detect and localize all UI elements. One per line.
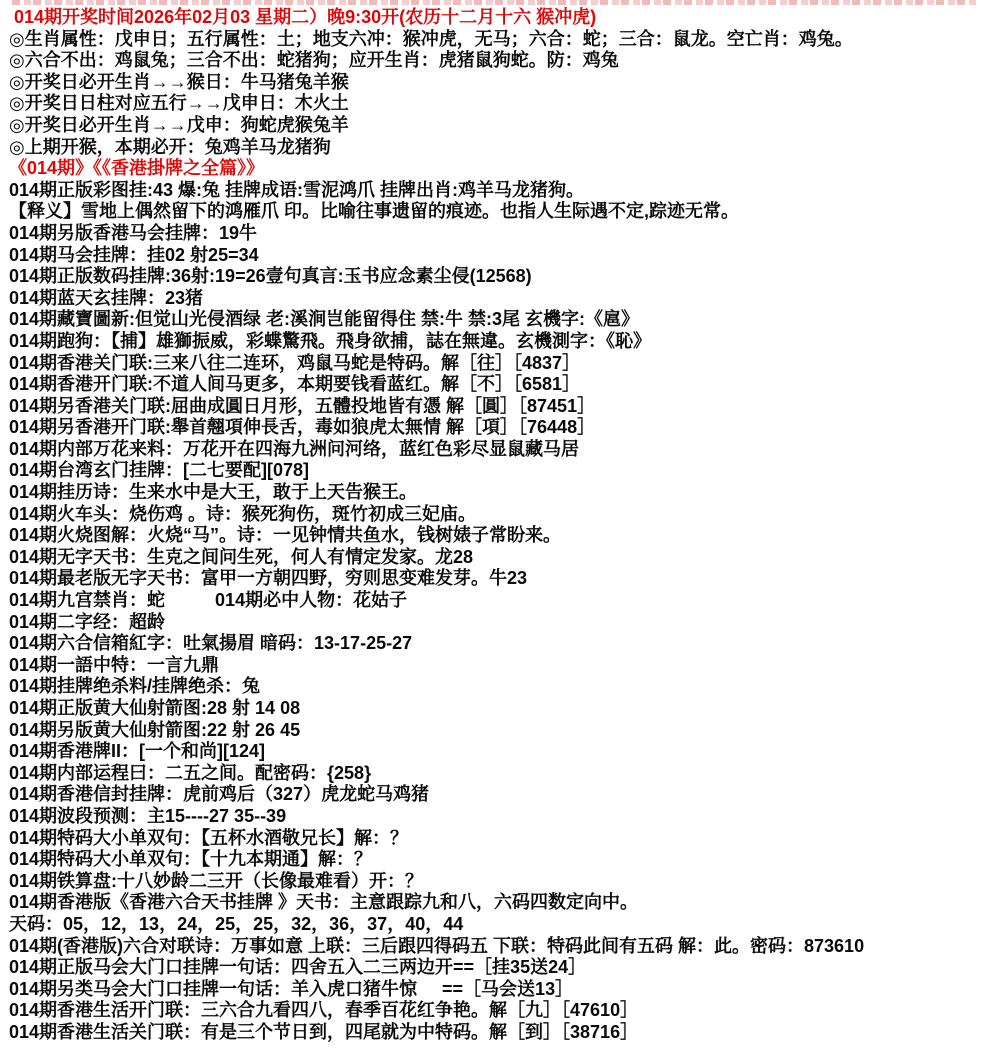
lantianxuan-guapai-line: 014期蓝天玄挂牌：23猪 [9,288,994,310]
ling-kaimenlian-line: 014期另香港开门联:舉首翹項伸長舌，毒如狼虎太無情 解［項］［76448］ [9,417,994,439]
linglei-damenkou-line: 014期另类马会大门口挂牌一句话：羊入虎口猪牛惊 ==［马会送13］ [9,979,994,1001]
huoshao-tujie-line: 014期火烧图解：火烧“马”。诗：一见钟情共鱼水，钱树婊子常盼来。 [9,525,994,547]
jiugong-jinxiao-line: 014期九宫禁肖：蛇 014期必中人物：花姑子 [9,590,994,612]
zhengban-shejiantu-line: 014期正版黄大仙射箭图:28 射 14 08 [9,698,994,720]
ling-guanmenlian-line: 014期另香港关门联:屈曲成圓日月形，五體投地皆有憑 解［圓］［87451］ [9,396,994,418]
kaimenlian-line: 014期香港开门联:不道人间马更多，本期要钱看蓝红。解［不］［6581］ [9,374,994,396]
taiwan-xuanmen-line: 014期台湾玄门挂牌：[二七要配][078] [9,460,994,482]
lingban-shejiantu-line: 014期另版黄大仙射箭图:22 射 26 45 [9,720,994,742]
guapai-section-title: 《014期》《《香港掛牌之全篇》》 [9,158,994,180]
duilianshi-line: 014期(香港版)六合对联诗：万事如意 上联：三后跟四得码五 下联：特码此间有五… [9,936,994,958]
shenghuo-kaimenlian-line: 014期香港生活开门联：三六合九看四八，春季百花红争艳。解［九］［47610］ [9,1000,994,1022]
mahui-guapai-line: 014期马会挂牌：挂02 射25=34 [9,245,994,267]
tema-daxiao-line-2: 014期特码大小单双句：【十九本期通】解：？ [9,849,994,871]
xinfeng-guapai-line: 014期香港信封挂牌：虎前鸡后（327）虎龙蛇马鸡猪 [9,784,994,806]
zhengban-damenkou-line: 014期正版马会大门口挂牌一句话：四舍五入二三两边开==［挂35送24］ [9,957,994,979]
neibu-yuncheng-line: 014期内部运程曰：二五之间。配密码：{258} [9,763,994,785]
yiyuzhongte-line: 014期一語中特：一言九鼎 [9,655,994,677]
must-open-zodiac-line-1: ◎开奖日必开生肖→→猴日：牛马猪兔羊猴 [9,72,994,94]
paogou-line: 014期跑狗：【捕】雄獅振威，彩蝶驚飛。飛身欲捕，誌在無違。玄機測字：《恥》 [9,331,994,353]
tianshu-guapai-line: 014期香港版《香港六合天书挂牌 》天书：主意跟踪九和八，六码四数定向中。 [9,892,994,914]
xinxiang-hongzi-line: 014期六合信箱紅字：吐氣揚眉 暗码：13-17-25-27 [9,633,994,655]
shenghuo-guanmenlian-line: 014期香港生活关门联：有是三个节日到，四尾就为中特码。解［到］［38716］ [9,1022,994,1044]
last-period-line: ◎上期开猴，本期必开：兔鸡羊马龙猪狗 [9,137,994,159]
tianma-numbers-line: 天码：05，12，13，24，25，25，32，36，37，40，44 [9,914,994,936]
content-lines: 014期开奖时间2026年02月03 星期二）晚9:30开(农历十二月十六 猴冲… [0,5,1000,1044]
liuhe-exclude-line: ◎六合不出：鸡鼠兔；三合不出：蛇猪狗；应开生肖：虎猪鼠狗蛇。防：鸡兔 [9,50,994,72]
wuzi-tianshu-line: 014期无字天书：生克之间问生死，何人有情定发家。龙28 [9,547,994,569]
cangbaotu-line: 014期藏寶圖新:但觉山光侵酒绿 老:溪涧岂能留得住 禁:牛 禁:3尾 玄機字:… [9,309,994,331]
draw-time-title: 014期开奖时间2026年02月03 星期二）晚9:30开(农历十二月十六 猴冲… [9,7,994,29]
shiyi-line: 【释义】雪地上偶然留下的鸿雁爪 印。比喻往事遗留的痕迹。也指人生际遇不定,踪迹无… [9,201,994,223]
erzijing-line: 014期二字经：超龄 [9,612,994,634]
tiesuanpan-line: 014期铁算盘:十八妙龄二三开（长像最难看）开：？ [9,871,994,893]
shuma-guapai-line: 014期正版数码挂牌:36射:19=26壹句真言:玉书应念素尘侵(12568) [9,266,994,288]
tema-daxiao-line-1: 014期特码大小单双句：【五杯水酒敬兄长】解：？ [9,828,994,850]
boduan-yuce-line: 014期波段预测：主15----27 35--39 [9,806,994,828]
guanmenlian-line: 014期香港关门联:三来八往二连环，鸡鼠马蛇是特码。解［往］［4837］ [9,353,994,375]
lingban-guapai-line: 014期另版香港马会挂牌：19牛 [9,223,994,245]
guapai-juesha-line: 014期挂牌绝杀料/挂牌绝杀：兔 [9,676,994,698]
must-open-zodiac-line-2: ◎开奖日必开生肖→→戊申：狗蛇虎猴兔羊 [9,115,994,137]
five-elements-line: ◎开奖日日柱对应五行→→戊申日：木火土 [9,93,994,115]
wanhua-lailiao-line: 014期内部万花来料：万花开在四海九洲问河络，蓝红色彩尽显鼠藏马居 [9,439,994,461]
gualishi-line: 014期挂历诗：生来水中是大王，敢于上天告猴王。 [9,482,994,504]
zodiac-attribute-line: ◎生肖属性：戊申日；五行属性：土；地支六冲：猴冲虎，无马；六合：蛇；三合：鼠龙。… [9,29,994,51]
laoban-wuzi-tianshu-line: 014期最老版无字天书：富甲一方朝四野，穷则思变难发芽。牛23 [9,568,994,590]
caitu-gua-line: 014期正版彩图挂:43 爆:兔 挂牌成语:雪泥鸿爪 挂牌出肖:鸡羊马龙猪狗。 [9,180,994,202]
xianggang-pai-line: 014期香港牌II：[一个和尚][124] [9,741,994,763]
huochetou-line: 014期火车头：烧伤鸡 。诗：猴死狗伤，斑竹初成三妃庙。 [9,504,994,526]
